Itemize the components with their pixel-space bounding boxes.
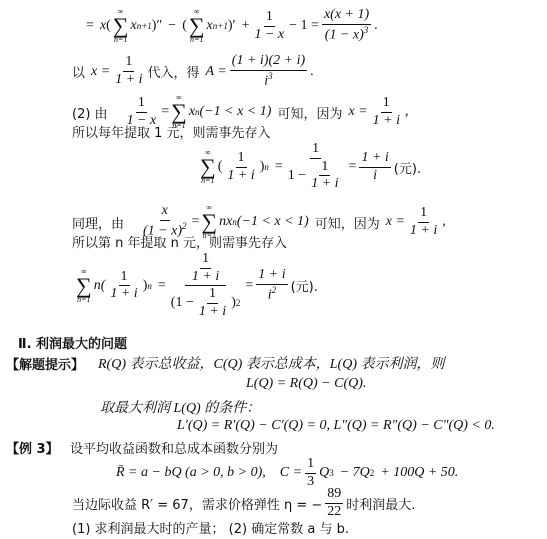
summation: ∞∑n=1 <box>76 268 92 304</box>
example3-intro: 【例 3】 设平均收益函数和总成本函数分别为 <box>6 438 278 457</box>
fraction: 11 + i <box>371 96 402 128</box>
section-heading: Ⅱ. 利润最大的问题 <box>18 333 127 352</box>
hint-line-profit-def: L(Q) = R(Q) − C(Q). <box>246 376 366 392</box>
fraction: 11 − x <box>252 10 286 42</box>
fraction: 11 + i <box>225 151 256 183</box>
fraction-compound: 1 1 − 11 + i <box>286 142 346 192</box>
example3-functions: R̄ = a − bQ (a > 0, b > 0), C = 13 Q3 − … <box>116 457 458 489</box>
fraction-result: 1 + ii <box>359 151 390 183</box>
example-label: 【例 3】 <box>6 438 70 457</box>
fraction: 8922 <box>325 487 343 519</box>
equation-line-present-value: ∞∑n=1 ( 11 + i )n = 1 1 − 11 + i = 1 + i… <box>198 142 421 192</box>
fraction-result: 1 + ii2 <box>256 268 287 303</box>
summation: ∞∑n=1 <box>200 149 216 185</box>
example3-questions: (1) 求利润最大时的产量； (2) 确定常数 a 与 b. <box>72 518 349 537</box>
equation-line-present-value-n: ∞∑n=1 n( 11 + i )n = 11 + i (1 − 11 + i … <box>74 252 318 320</box>
hint-line-derivatives: L′(Q) = R′(Q) − C′(Q) = 0, L″(Q) = R″(Q)… <box>177 418 495 434</box>
text-line-nth-year-withdraw: 所以第 n 年提取 n 元，则需事先存入 <box>72 232 287 251</box>
fraction: 11 + i <box>113 55 144 87</box>
equation-line-derivative-sum: = x( ∞ ∑ n=1 xn+1)″ −( ∞ ∑ n=1 xn+1)′ + … <box>86 8 378 44</box>
equation-line-substitute: 以 x = 11 + i 代入，得 A = (1 + i)(2 + i)i3 . <box>72 54 314 89</box>
hint-line-condition: 取最大利润 L(Q) 的条件： <box>100 397 260 417</box>
summation: ∞ ∑ n=1 <box>113 8 129 44</box>
text-line-yearly-withdraw: 所以每年提取 1 元，则需事先存入 <box>72 122 271 141</box>
hint-line-1: 【解题提示】 R(Q) 表示总收益，C(Q) 表示总成本，L(Q) 表示利润，则 <box>6 353 444 373</box>
fraction-compound: 11 + i (1 − 11 + i )2 <box>169 252 243 320</box>
summation: ∞ ∑ n=1 <box>189 8 205 44</box>
equals-sign: = <box>86 18 94 34</box>
fraction-result: x(x + 1)(1 − x)3 <box>322 8 371 43</box>
fraction: 11 + i <box>408 206 439 238</box>
example3-condition: 当边际收益 R′ = 67，需求价格弹性 η = − 8922 时利润最大. <box>72 487 415 519</box>
variable-x: x <box>100 18 106 34</box>
fraction-result: (1 + i)(2 + i)i3 <box>230 54 307 89</box>
fraction: 13 <box>305 457 316 489</box>
hint-label: 【解题提示】 <box>6 354 98 373</box>
fraction: 11 + i <box>108 270 139 302</box>
